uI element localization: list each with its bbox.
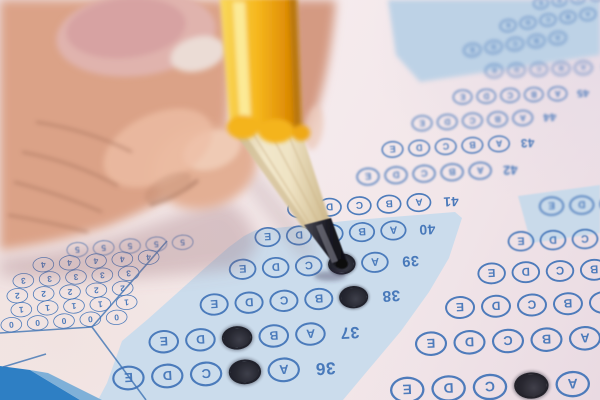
paint-scallop-1 bbox=[227, 115, 259, 139]
pencil-body bbox=[220, 0, 302, 132]
photo-scantron-scene: 36ABCDE37ABCDE38ABCDE39ABCDE40ABCDE41ABC… bbox=[0, 0, 600, 400]
graphite-point bbox=[336, 259, 348, 269]
pencil-tip-shadow bbox=[314, 271, 346, 281]
hand-and-pencil bbox=[0, 0, 600, 400]
paint-scallop-2 bbox=[258, 119, 294, 143]
paint-scallop-3 bbox=[292, 125, 310, 141]
